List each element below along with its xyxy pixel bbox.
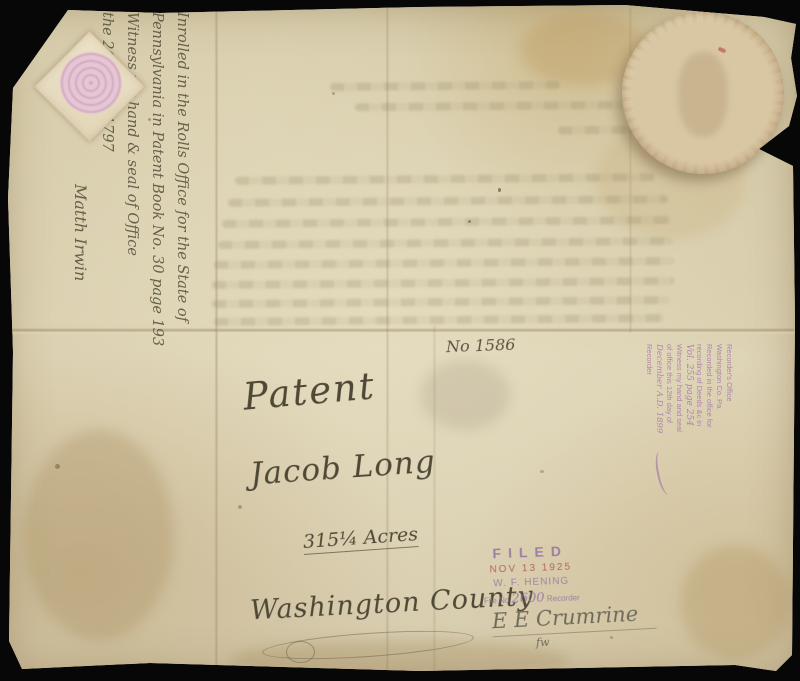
seal-eagle-figure-icon — [678, 52, 728, 137]
speck — [498, 188, 501, 192]
acreage-label: 315¼ Acres — [302, 523, 419, 555]
rolls-master-signature: Matth Irwin — [68, 184, 93, 342]
endorsement-line: Witness my hand & seal of Office — [119, 12, 144, 342]
recorder-stamp-line: Recorded in the office for — [704, 344, 714, 510]
photograph-of-parchment-patent: Inrolled in the Rolls Office for the Sta… — [0, 0, 800, 681]
recorder-label: Recorder — [547, 593, 580, 603]
endorsement-line: Inrolled in the Rolls Office for the Sta… — [169, 12, 194, 342]
document-number: No 1586 — [446, 335, 516, 356]
recorder-stamp-line: Recorder's Office — [724, 344, 734, 510]
recorder-stamp-line: recording of Deeds &c in — [694, 344, 704, 510]
bleedthrough-line — [355, 101, 645, 112]
filed-stamp: FILED NOV 13 1925 W. F. HENING File No 2… — [465, 542, 597, 608]
pen-flourish — [286, 641, 315, 663]
speck — [610, 636, 613, 639]
bleedthrough-line — [222, 216, 670, 228]
bleedthrough-line — [218, 237, 673, 249]
filed-stamp-name: W. F. HENING — [466, 575, 596, 591]
speck — [332, 92, 335, 95]
patent-title: Patent — [241, 364, 377, 418]
recorder-stamp-line: Witness my hand and seal — [674, 344, 684, 510]
bleedthrough-line — [214, 257, 674, 269]
parchment-sheet: Inrolled in the Rolls Office for the Sta… — [0, 0, 800, 681]
embossed-great-seal — [622, 12, 784, 174]
recorder-stamp-line: Recorder — [644, 344, 654, 510]
recorder-stamp-line: Vol. 255 page 254 — [684, 344, 694, 510]
age-stain — [24, 430, 174, 640]
bleedthrough-line — [214, 314, 664, 326]
speck — [238, 505, 242, 509]
grantee-name: Jacob Long — [249, 444, 437, 493]
speck — [55, 464, 60, 469]
recorder-stamp-rotated: Recorder's Office Washington Co. Pa. Rec… — [640, 344, 734, 510]
bleedthrough-line — [235, 173, 655, 185]
file-label: File No — [484, 596, 510, 606]
endorsement-line: Pennsylvania in Patent Book No. 30 page … — [144, 12, 169, 342]
filed-stamp-date: NOV 13 1925 — [466, 561, 596, 577]
bleedthrough-line — [212, 277, 674, 289]
speck — [540, 470, 544, 473]
file-number: 2600 — [511, 591, 545, 607]
filed-stamp-title: FILED — [465, 542, 595, 563]
bleedthrough-line — [212, 296, 670, 308]
vertical-fold-crease — [215, 8, 218, 670]
bleedthrough-line — [330, 81, 560, 91]
recorder-stamp-line: Washington Co. Pa. — [714, 344, 724, 510]
examiner-note: fw — [536, 636, 550, 649]
age-stain — [680, 545, 790, 660]
age-stain — [420, 360, 510, 430]
